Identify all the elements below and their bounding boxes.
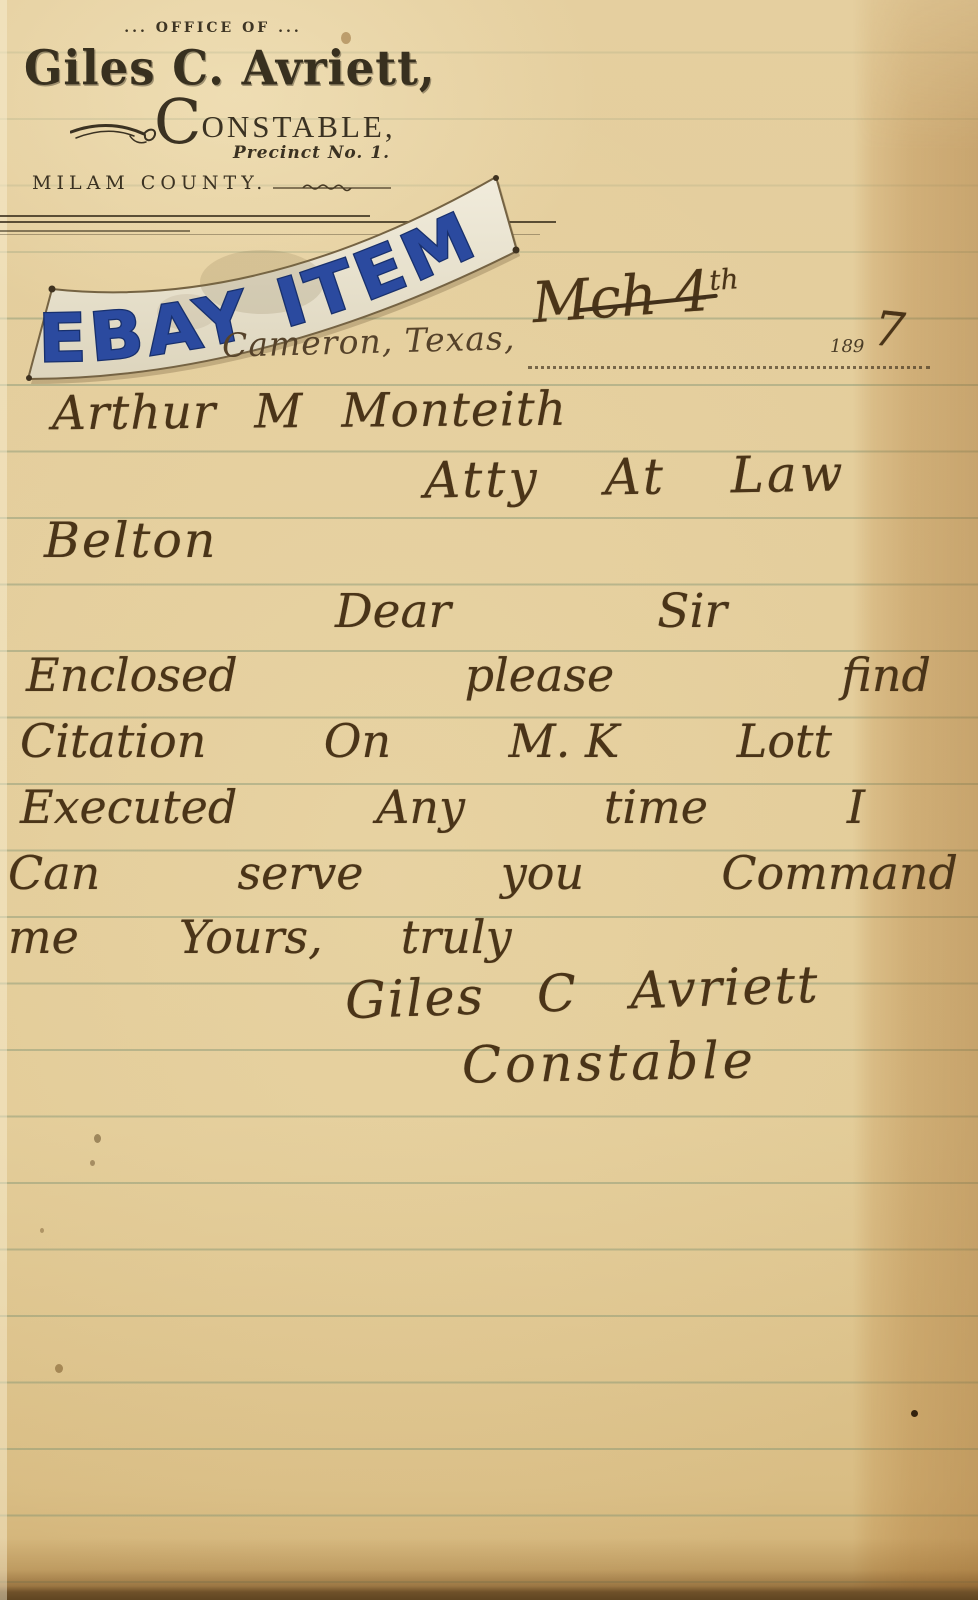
handwritten-word: Enclosed xyxy=(26,648,238,702)
handwritten-word: time xyxy=(604,780,708,834)
handwritten-word: On xyxy=(324,714,391,768)
handwritten-word: Citation xyxy=(20,714,206,768)
salutation-line: Dear Sir xyxy=(335,584,727,639)
body-line: me Yours, truly xyxy=(8,910,512,964)
handwritten-word: you xyxy=(501,846,584,900)
tack-mark xyxy=(26,375,32,381)
body-line: Citation On M. K Lott xyxy=(20,714,832,768)
printed-year: 189 xyxy=(830,336,864,357)
recipient-city-line: Belton xyxy=(44,512,217,569)
handwritten-word: me xyxy=(8,910,79,964)
handwritten-word: Command xyxy=(721,846,958,900)
handwritten-word: Yours, xyxy=(179,910,323,964)
tack-mark xyxy=(513,247,520,254)
fly-speck xyxy=(911,1410,918,1417)
paper-stain xyxy=(94,1134,101,1143)
body-line: Executed Any time I xyxy=(20,780,865,834)
handwritten-word: find xyxy=(841,648,931,702)
letterhead-title-rest: ONSTABLE, xyxy=(201,109,395,145)
paper-left-edge xyxy=(0,0,7,1600)
flourish-icon xyxy=(70,112,160,156)
letterhead-name: Giles C. Avriett, xyxy=(24,40,436,96)
handwritten-word: Can xyxy=(8,846,100,900)
handwritten-word: truly xyxy=(401,910,512,964)
paper-bottom-edge xyxy=(0,1538,978,1600)
signature-line: Giles C Avriett xyxy=(344,956,820,1032)
tack-mark xyxy=(49,286,56,293)
handwritten-word: I xyxy=(847,780,865,834)
handwritten-word: Dear xyxy=(335,584,451,639)
letter-document: ... OFFICE OF ... Giles C. Avriett, C ON… xyxy=(0,0,978,1600)
letterhead-title-initial: C xyxy=(154,96,201,149)
paper-stain xyxy=(40,1228,44,1233)
paper-stain xyxy=(90,1160,95,1166)
handwritten-word: please xyxy=(465,648,615,702)
handwritten-word: M. K xyxy=(509,714,620,768)
body-line: Enclosed please find xyxy=(26,648,931,702)
handwritten-word: Any xyxy=(376,780,465,834)
handwritten-word: serve xyxy=(238,846,364,900)
handwritten-year-digit: 7 xyxy=(871,301,907,360)
handwritten-word: Executed xyxy=(20,780,237,834)
paper-aging-band xyxy=(853,0,978,1600)
body-line: Can serve you Command xyxy=(8,846,958,900)
paper-stain xyxy=(55,1364,63,1373)
date-ordinal-suffix: th xyxy=(708,262,740,297)
office-of-label: ... OFFICE OF ... xyxy=(118,20,308,36)
dotted-date-line xyxy=(528,338,930,369)
recipient-name-line: Arthur M Monteith xyxy=(52,382,567,441)
signature-title-line: Constable xyxy=(462,1031,758,1095)
handwritten-word: Sir xyxy=(657,584,727,639)
recipient-title-line: Atty At Law xyxy=(424,444,847,509)
handwritten-word: Lott xyxy=(737,714,832,768)
tack-mark xyxy=(493,175,499,181)
printed-place: Cameron, Texas, xyxy=(222,318,516,365)
